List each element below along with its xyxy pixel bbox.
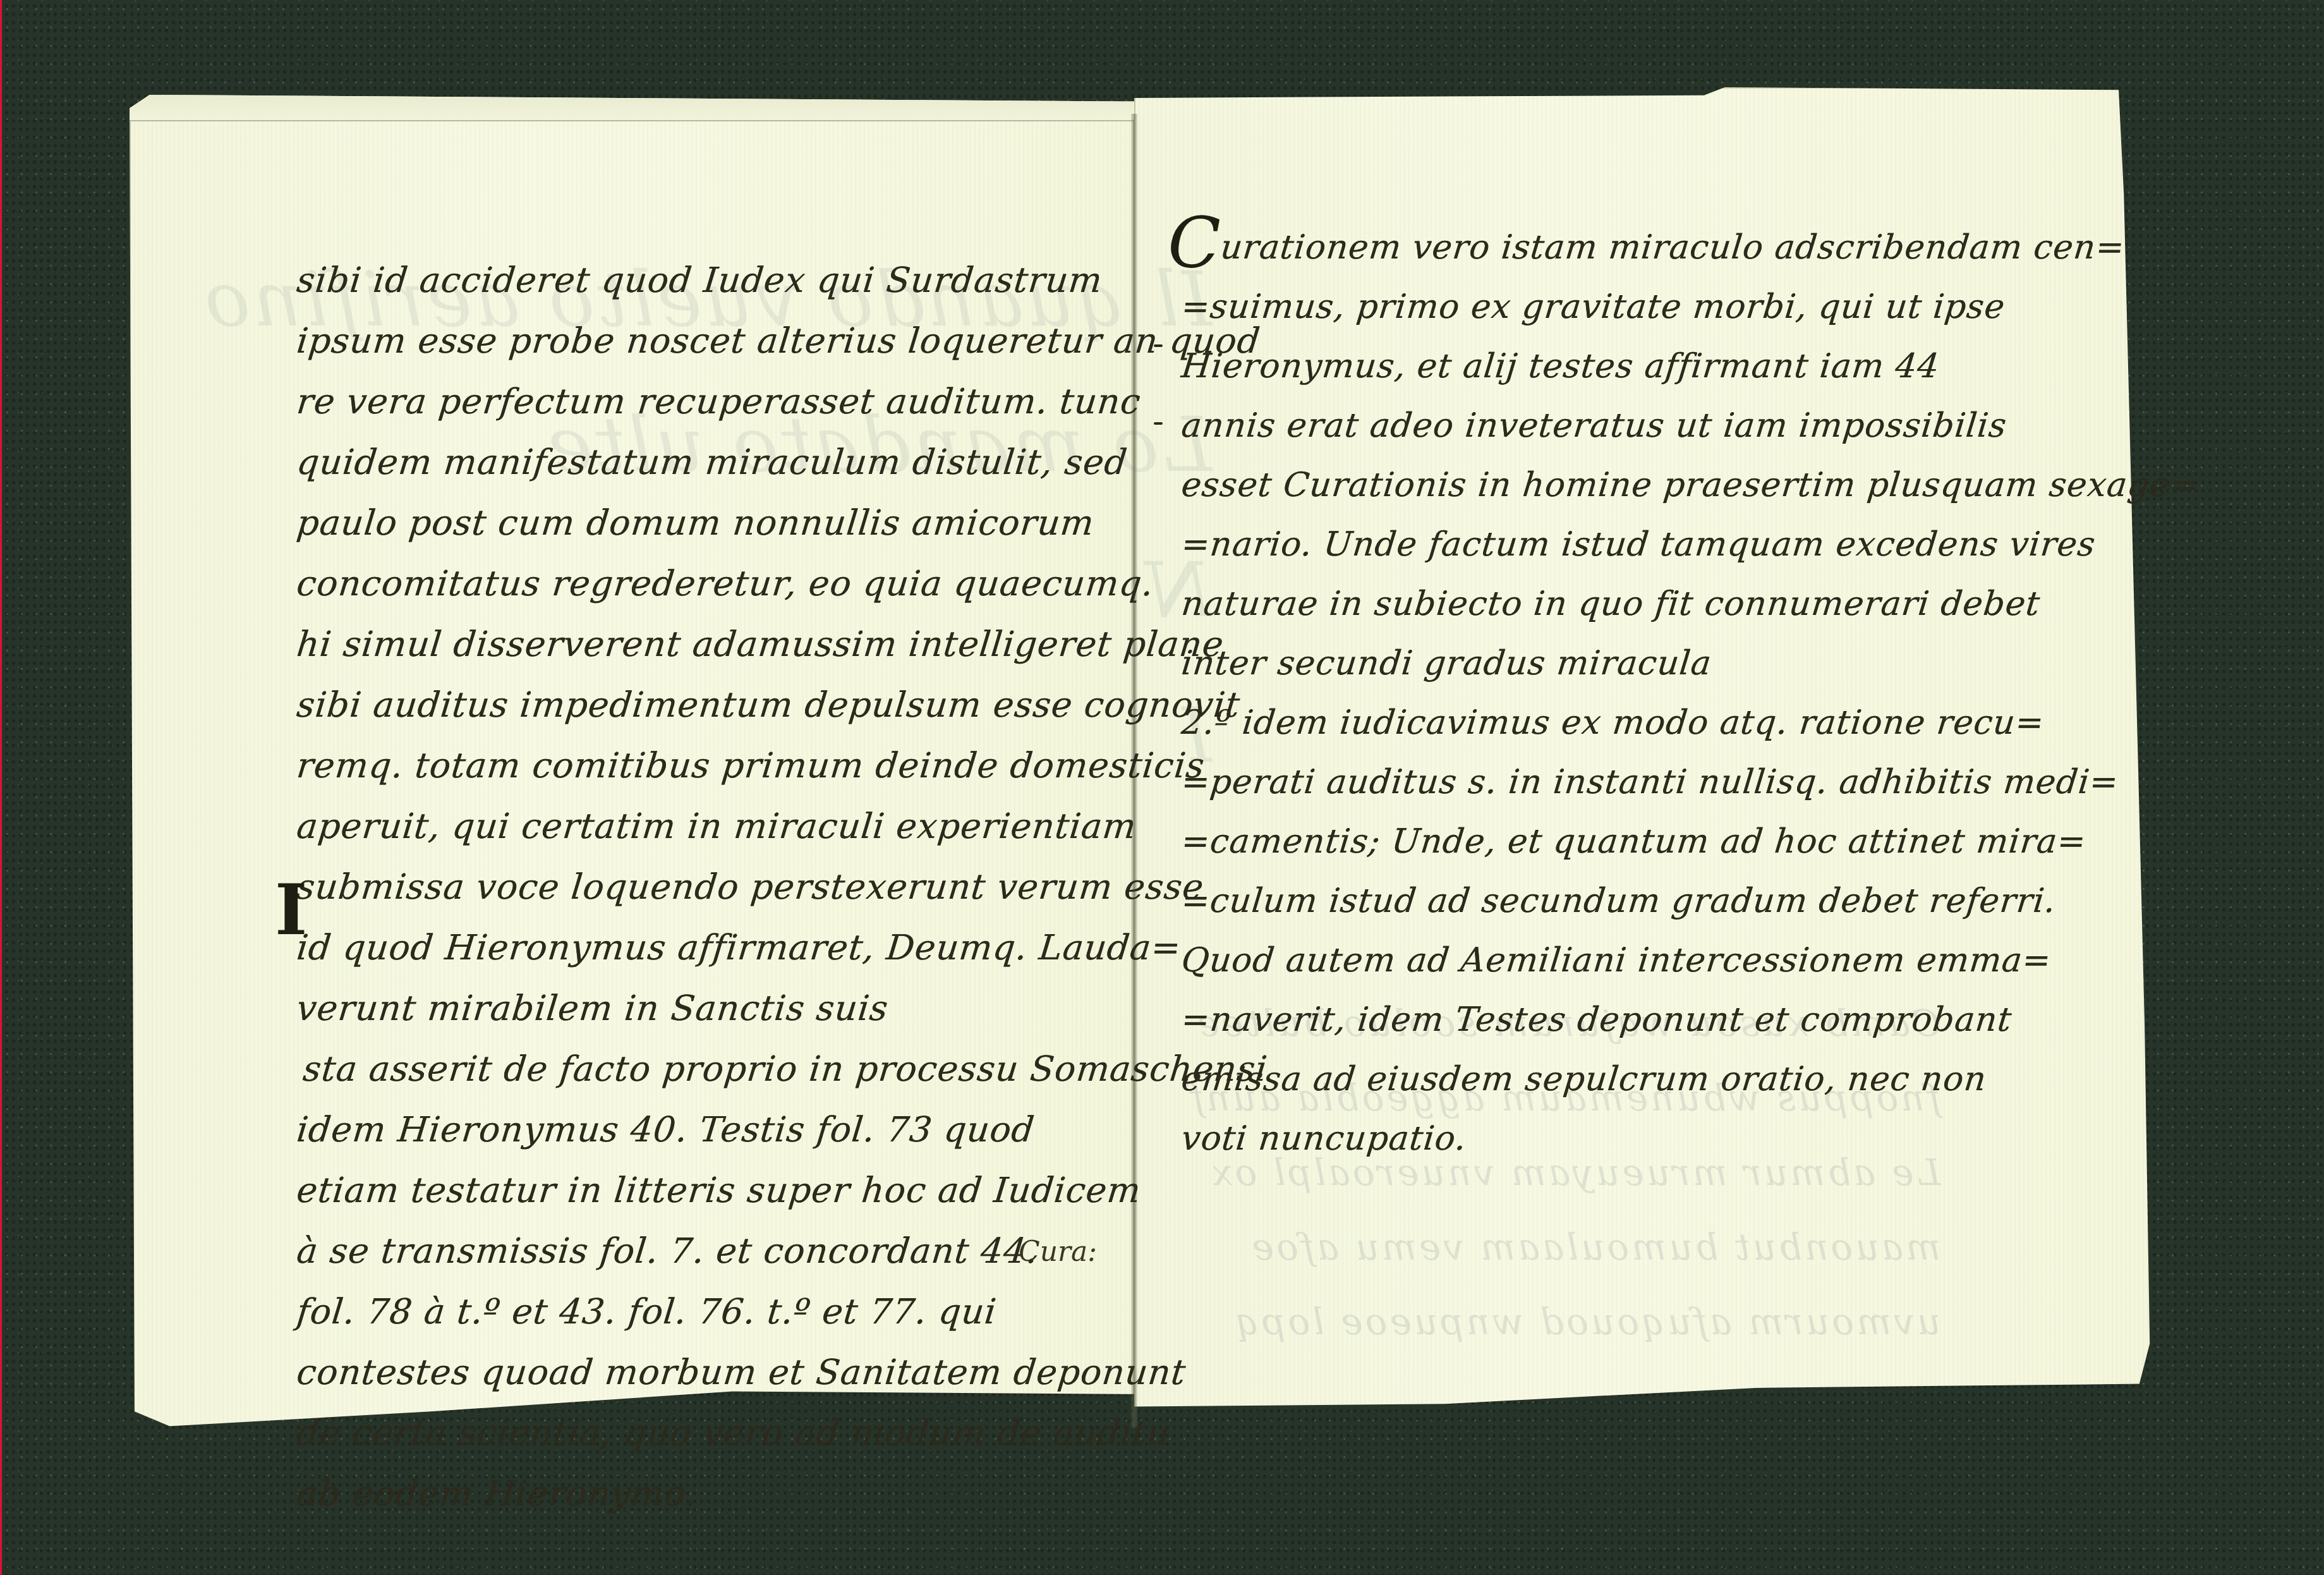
drop-initial-I: I bbox=[275, 869, 307, 951]
manuscript-line: inter secundi gradus miracula bbox=[1178, 634, 2202, 693]
manuscript-line: Quod autem ad Aemiliani intercessionem e… bbox=[1178, 931, 2202, 990]
left-page-top-fold bbox=[130, 95, 1134, 121]
manuscript-line: contestes quoad morbum et Sanitatem depo… bbox=[294, 1342, 1271, 1402]
manuscript-line: paulo post cum domum nonnullis amicorum bbox=[294, 492, 1271, 553]
manuscript-line: verunt mirabilem in Sanctis suis bbox=[294, 978, 1271, 1038]
manuscript-line: =naverit, idem Testes deponunt et compro… bbox=[1178, 990, 2202, 1050]
manuscript-line: =camentis; Unde, et quantum ad hoc attin… bbox=[1178, 812, 2202, 872]
manuscript-line: emissa ad eiusdem sepulcrum oratio, nec … bbox=[1178, 1050, 2202, 1109]
manuscript-line: ipsum esse probe noscet alterius loquere… bbox=[294, 310, 1271, 371]
manuscript-line: ab eodem Hieronymo. bbox=[294, 1463, 1271, 1524]
left-page-text: sibi id accideret quod Iudex qui Surdast… bbox=[297, 250, 1268, 1524]
manuscript-line: submissa voce loquendo perstexerunt veru… bbox=[294, 856, 1271, 917]
manuscript-line: urationem vero istam miraculo adscribend… bbox=[1178, 218, 2202, 277]
manuscript-line: re vera perfectum recuperasset auditum. … bbox=[294, 371, 1271, 432]
manuscript-line: remq. totam comitibus primum deinde dome… bbox=[294, 735, 1271, 796]
manuscript-line: voti nuncupatio. bbox=[1178, 1109, 2202, 1169]
manuscript-line: aperuit, qui certatim in miraculi experi… bbox=[294, 796, 1271, 856]
manuscript-line: de certa scientia, quo vero ad modum de … bbox=[294, 1402, 1271, 1463]
manuscript-line: fol. 78 à t.º et 43. fol. 76. t.º et 77.… bbox=[294, 1281, 1271, 1342]
manuscript-line: sta asserit de facto proprio in processu… bbox=[294, 1038, 1271, 1099]
manuscript-line: =suimus, primo ex gravitate morbi, qui u… bbox=[1178, 277, 2202, 337]
bleed-line: mauonbut bumoulaam vemu afoe bbox=[1188, 1210, 1940, 1284]
catchword: Cura: bbox=[1019, 1236, 1097, 1268]
manuscript-line: annis erat adeo inveteratus ut iam impos… bbox=[1178, 396, 2202, 456]
manuscript-line: à se transmissis fol. 7. et concordant 4… bbox=[294, 1220, 1271, 1281]
manuscript-line: concomitatus regrederetur, eo quia quaec… bbox=[294, 553, 1271, 614]
manuscript-line: hi simul disserverent adamussim intellig… bbox=[294, 614, 1271, 674]
manuscript-line: quidem manifestatum miraculum distulit, … bbox=[294, 432, 1271, 492]
manuscript-line: etiam testatur in litteris super hoc ad … bbox=[294, 1160, 1271, 1220]
right-page-text: urationem vero istam miraculo adscribend… bbox=[1182, 218, 2199, 1169]
bleed-line: uvmourm afuqouod wnpueoe lopq bbox=[1188, 1284, 1940, 1359]
margin-tick-mark bbox=[1154, 344, 1163, 347]
manuscript-line: naturae in subiecto in quo fit connumera… bbox=[1178, 575, 2202, 634]
manuscript-line: =perati auditus s. in instanti nullisq. … bbox=[1178, 753, 2202, 812]
manuscript-line: =nario. Unde factum istud tamquam excede… bbox=[1178, 515, 2202, 575]
manuscript-line: esset Curationis in homine praesertim pl… bbox=[1178, 456, 2202, 515]
manuscript-line: sibi auditus impedimentum depulsum esse … bbox=[294, 674, 1271, 735]
manuscript-line: =culum istud ad secundum gradum debet re… bbox=[1178, 872, 2202, 931]
manuscript-line: sibi id accideret quod Iudex qui Surdast… bbox=[294, 250, 1271, 310]
manuscript-line: id quod Hieronymus affirmaret, Deumq. La… bbox=[294, 917, 1271, 978]
manuscript-line: 2.º idem iudicavimus ex modo atq. ration… bbox=[1178, 693, 2202, 753]
scan-edge-strip bbox=[0, 0, 2, 1575]
margin-tick-mark bbox=[1154, 422, 1163, 425]
manuscript-line: Hieronymus, et alij testes affirmant iam… bbox=[1178, 337, 2202, 396]
manuscript-line: idem Hieronymus 40. Testis fol. 73 quod bbox=[294, 1099, 1271, 1160]
